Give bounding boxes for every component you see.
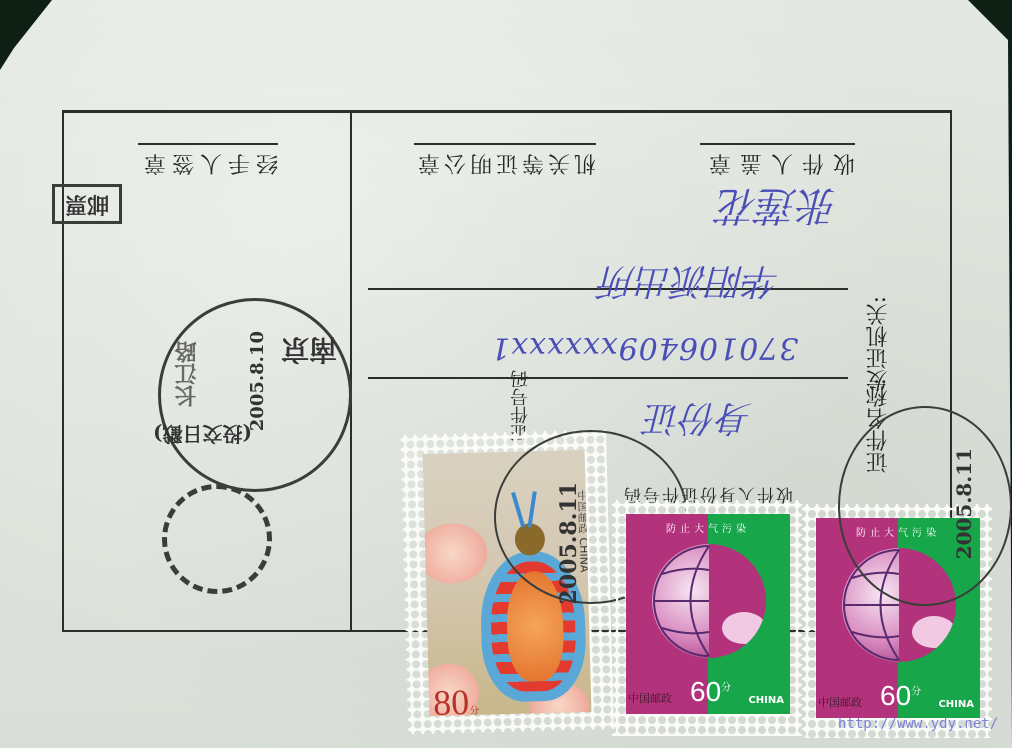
stamp-country-en: CHINA (938, 699, 974, 710)
number-field-line (368, 377, 848, 379)
recipient-seal-header: 收件人盖章 (700, 143, 855, 180)
agency-handwriting: 华阳派出所 (600, 258, 780, 309)
form-top-border (62, 110, 952, 113)
stamp-country-en: CHINA (748, 695, 784, 706)
dashed-circle-mark (162, 484, 272, 594)
postmark-date: 2005.8.10 (247, 331, 268, 431)
env-stamp-artwork: 防止大气污染 中国邮政 60分 CHINA (626, 514, 790, 714)
watermark-url: http://www.ydy.net/ (838, 716, 998, 732)
globe-illustration (652, 544, 766, 658)
recipient-signature-handwriting: 张莲花 (718, 180, 838, 237)
postmark-date: 2005.8.11 (952, 448, 976, 559)
postmark-city: 南京 (281, 331, 337, 371)
stamp-value: 60分 (690, 676, 731, 708)
postmark-office: 长江路 (171, 341, 202, 407)
document-number-handwriting: 370106409xxxxxx1 (490, 330, 798, 365)
cloud-icon (722, 612, 766, 644)
stamp-title: 防止大气污染 (626, 520, 790, 535)
flower-illustration (423, 523, 488, 585)
handler-signature-header: 经手人签章 (138, 143, 278, 180)
stamp-country-cn: 中国邮政 (628, 690, 672, 706)
postmark-note: (投交日戳) (153, 421, 252, 450)
box-chop-stamp: 邮票 (52, 184, 122, 224)
document-name-handwriting: 身份证 (645, 395, 753, 446)
postmark-stamp-cancel-2: 2005.8.11 (838, 406, 1012, 606)
postmark-date: 2005.8.11 (556, 482, 582, 604)
stamp-value: 60分 (880, 680, 921, 712)
agency-seal-header: 机关等证明公章 (414, 143, 596, 180)
cloud-icon (912, 616, 956, 648)
postmark-nanjing: 南京 2005.8.10 (投交日戳) 长江路 (158, 298, 352, 492)
stamp-air-pollution-60-a: 防止大气污染 中国邮政 60分 CHINA (612, 500, 802, 736)
postal-form-paper: 收件人盖章 机关等证明公章 经手人签章 发证机关: 证件名称: 证件号码 张莲花… (0, 0, 1012, 748)
stamp-value: 80分 (433, 681, 480, 716)
form-column-divider (350, 110, 352, 632)
stamp-country-cn: 中国邮政 (818, 694, 862, 710)
